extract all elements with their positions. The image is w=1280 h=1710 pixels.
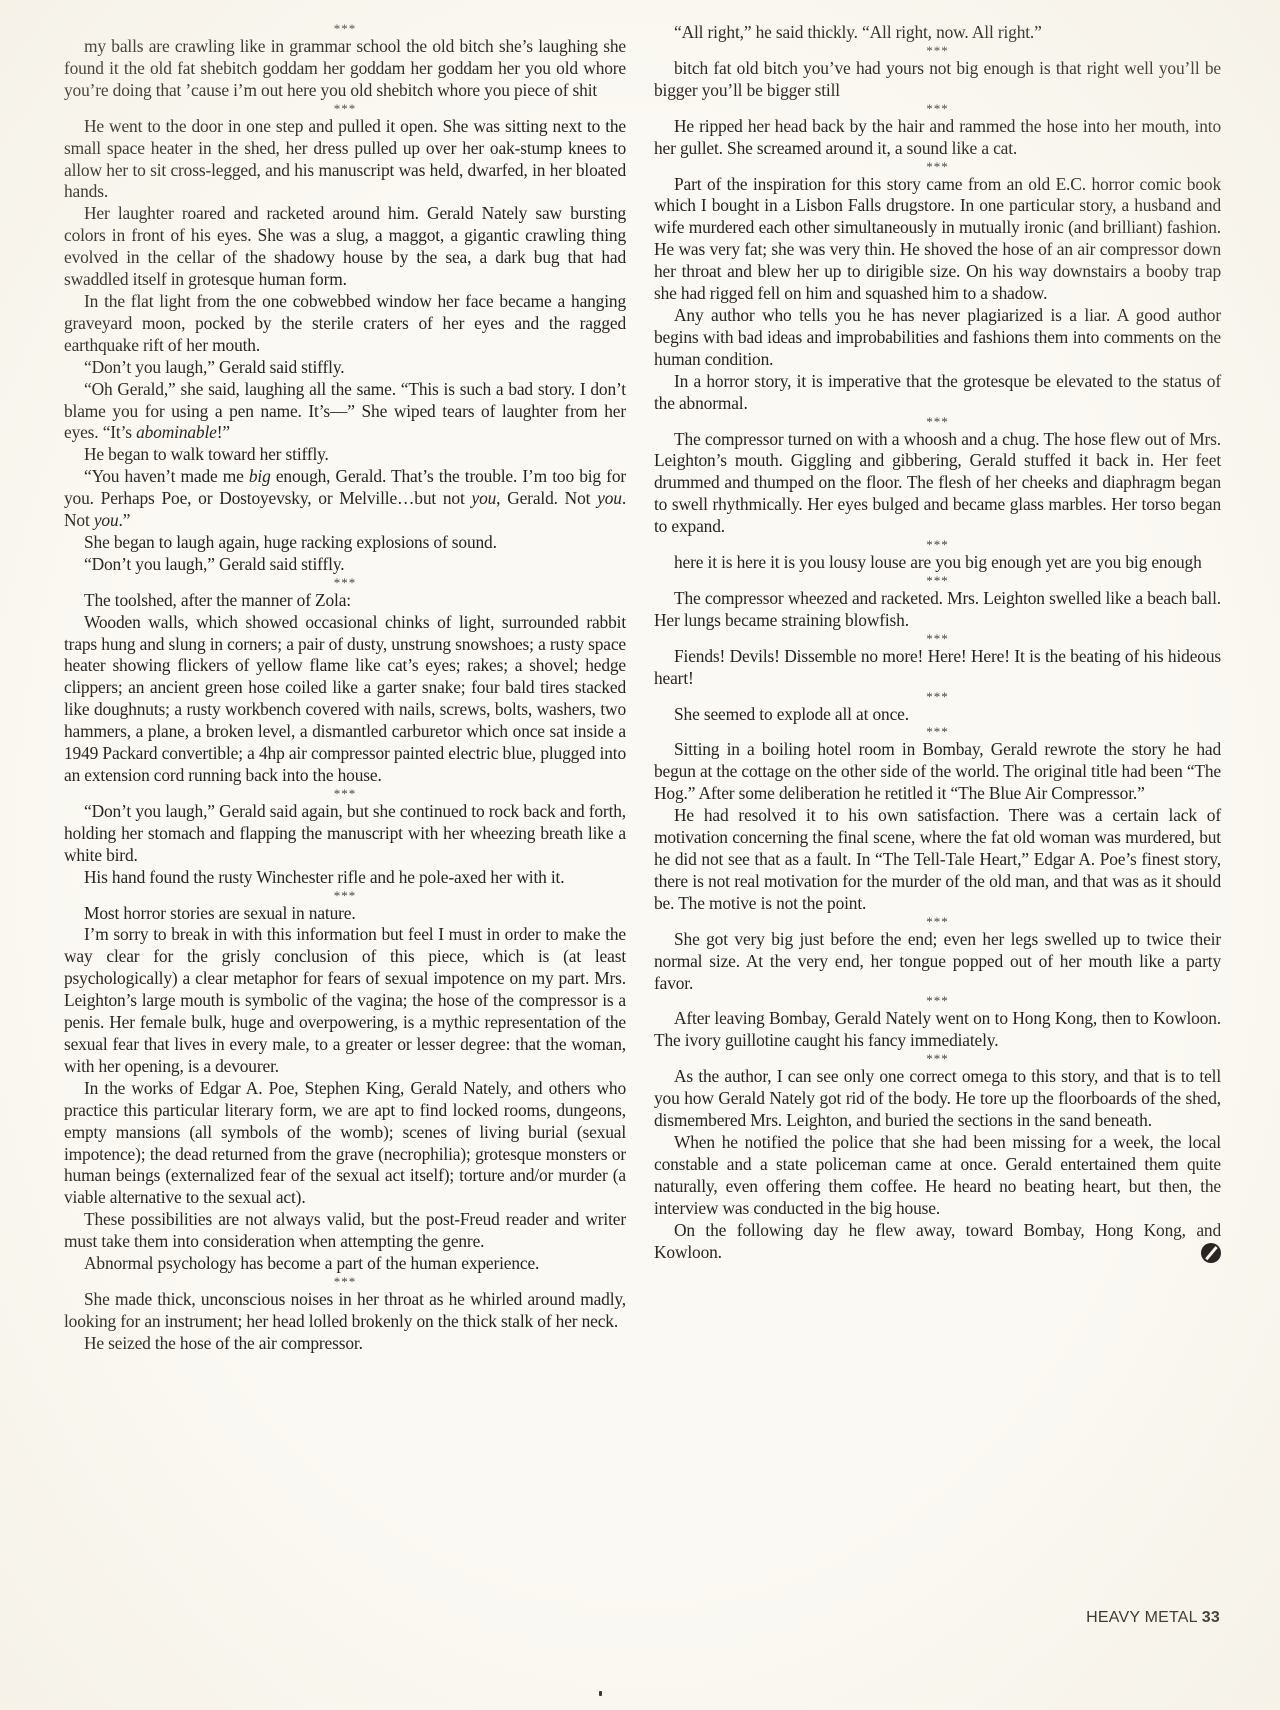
- section-separator: ***: [654, 102, 1221, 116]
- story-paragraph: The compressor turned on with a whoosh a…: [654, 429, 1221, 539]
- story-paragraph: He ripped her head back by the hair and …: [654, 116, 1221, 160]
- section-separator: ***: [654, 690, 1221, 704]
- section-separator: ***: [654, 415, 1221, 429]
- story-paragraph: my balls are crawling like in grammar sc…: [64, 36, 626, 102]
- story-paragraph: He began to walk toward her stiffly.: [64, 444, 626, 466]
- story-paragraph: here it is here it is you lousy louse ar…: [654, 552, 1221, 574]
- section-separator: ***: [64, 102, 626, 116]
- story-paragraph: The toolshed, after the manner of Zola:: [64, 590, 626, 612]
- story-paragraph: She began to laugh again, huge racking e…: [64, 532, 626, 554]
- right-column: “All right,” he said thickly. “All right…: [654, 22, 1221, 1263]
- end-of-story-icon: [1201, 1243, 1221, 1263]
- section-separator: ***: [654, 915, 1221, 929]
- story-paragraph: “You haven’t made me big enough, Gerald.…: [64, 466, 626, 532]
- story-paragraph: “Don’t you laugh,” Gerald said stiffly.: [64, 357, 626, 379]
- story-paragraph: Part of the inspiration for this story c…: [654, 174, 1221, 305]
- story-paragraph: He went to the door in one step and pull…: [64, 116, 626, 204]
- story-paragraph: Any author who tells you he has never pl…: [654, 305, 1221, 371]
- story-paragraph: His hand found the rusty Winchester rifl…: [64, 867, 626, 889]
- story-paragraph: He had resolved it to his own satisfacti…: [654, 805, 1221, 915]
- story-paragraph: In a horror story, it is imperative that…: [654, 371, 1221, 415]
- story-paragraph: “Don’t you laugh,” Gerald said again, bu…: [64, 801, 626, 867]
- story-paragraph: She got very big just before the end; ev…: [654, 929, 1221, 995]
- section-separator: ***: [654, 994, 1221, 1008]
- story-paragraph: She made thick, unconscious noises in he…: [64, 1289, 626, 1333]
- story-paragraph: Most horror stories are sexual in nature…: [64, 903, 626, 925]
- story-paragraph: In the flat light from the one cobwebbed…: [64, 291, 626, 357]
- section-separator: ***: [64, 1275, 626, 1289]
- story-paragraph: After leaving Bombay, Gerald Nately went…: [654, 1008, 1221, 1052]
- story-paragraph: I’m sorry to break in with this informat…: [64, 924, 626, 1077]
- story-paragraph: The compressor wheezed and racketed. Mrs…: [654, 588, 1221, 632]
- section-separator: ***: [654, 44, 1221, 58]
- story-paragraph: These possibilities are not always valid…: [64, 1209, 626, 1253]
- story-paragraph: In the works of Edgar A. Poe, Stephen Ki…: [64, 1078, 626, 1209]
- story-paragraph: “Don’t you laugh,” Gerald said stiffly.: [64, 554, 626, 576]
- section-separator: ***: [654, 632, 1221, 646]
- section-separator: ***: [654, 725, 1221, 739]
- section-separator: ***: [64, 22, 626, 36]
- story-paragraph: Her laughter roared and racketed around …: [64, 203, 626, 291]
- story-paragraph: “All right,” he said thickly. “All right…: [654, 22, 1221, 44]
- section-separator: ***: [64, 787, 626, 801]
- print-speck: [599, 1691, 602, 1696]
- section-separator: ***: [654, 160, 1221, 174]
- section-separator: ***: [654, 574, 1221, 588]
- section-separator: ***: [64, 889, 626, 903]
- section-separator: ***: [654, 538, 1221, 552]
- page-footer: HEAVY METAL 33: [1040, 1609, 1220, 1627]
- left-column: ***my balls are crawling like in grammar…: [64, 22, 626, 1355]
- story-paragraph: Abnormal psychology has become a part of…: [64, 1253, 626, 1275]
- section-separator: ***: [64, 576, 626, 590]
- story-paragraph: “Oh Gerald,” she said, laughing all the …: [64, 379, 626, 445]
- story-paragraph: When he notified the police that she had…: [654, 1132, 1221, 1220]
- publication-name: HEAVY METAL: [1086, 1609, 1197, 1626]
- story-paragraph: bitch fat old bitch you’ve had yours not…: [654, 58, 1221, 102]
- story-paragraph: Wooden walls, which showed occasional ch…: [64, 612, 626, 787]
- story-paragraph: She seemed to explode all at once.: [654, 704, 1221, 726]
- story-paragraph: Sitting in a boiling hotel room in Bomba…: [654, 739, 1221, 805]
- story-paragraph: On the following day he flew away, towar…: [654, 1220, 1221, 1264]
- page-number: 33: [1202, 1609, 1220, 1626]
- story-paragraph: As the author, I can see only one correc…: [654, 1066, 1221, 1132]
- story-paragraph: He seized the hose of the air compressor…: [64, 1333, 626, 1355]
- magazine-page: ***my balls are crawling like in grammar…: [0, 0, 1280, 1710]
- story-paragraph: Fiends! Devils! Dissemble no more! Here!…: [654, 646, 1221, 690]
- section-separator: ***: [654, 1052, 1221, 1066]
